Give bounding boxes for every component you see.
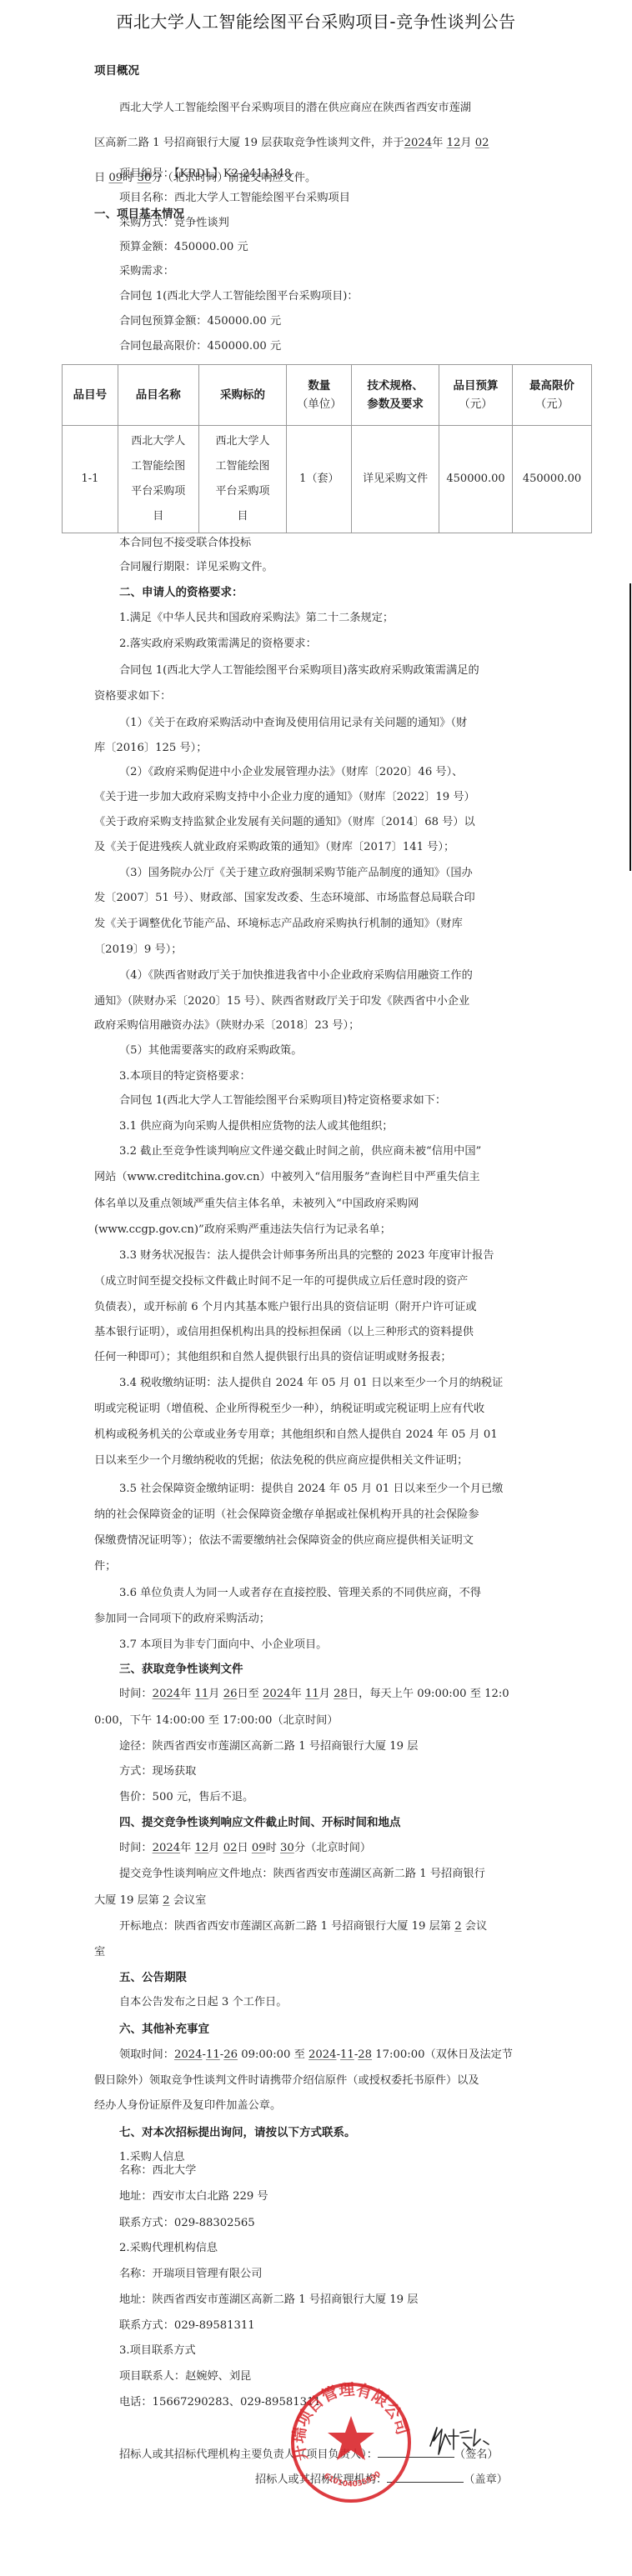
page-title: 西北大学人工智能绘图平台采购项目-竞争性谈判公告 <box>0 8 632 33</box>
req-text: 合同包 1(西北大学人工智能绘图平台采购项目)落实政府采购政策需满足的 <box>119 663 479 678</box>
req-text: 通知》（陕财办采〔2020〕15 号）、陕西省财政厅关于印发《陕西省中小企业 <box>94 994 469 1009</box>
req-text: 基本银行证明），或信用担保机构出具的投标担保函（以上三种形式的资料提供 <box>94 1325 474 1340</box>
agency-name: 名称：开瑞项目管理有限公司 <box>119 2267 262 2282</box>
section7-heading: 七、对本次招标提出询问，请按以下方式联系。 <box>119 2125 356 2140</box>
req-text: 《关于政府采购支持监狱企业发展有关问题的通知》（财库〔2014〕68 号）以 <box>94 815 475 830</box>
cell-quantity: 1（套） <box>287 426 352 533</box>
handwritten-signature-icon <box>425 2421 492 2458</box>
header-quantity: 数量（单位） <box>287 365 352 426</box>
purchaser-phone: 联系方式：029-88302565 <box>119 2216 255 2231</box>
table-header-row: 品目号 品目名称 采购标的 数量（单位） 技术规格、参数及要求 品目预算（元） … <box>63 365 592 426</box>
no-consortium-note: 本合同包不接受联合体投标 <box>119 536 251 551</box>
req-text: （成立时间至提交投标文件截止时间不足一年的可提供成立后任意时段的资产 <box>94 1274 468 1289</box>
open-place-line-1: 开标地点：陕西省西安市莲湖区高新二路 1 号招商银行大厦 19 层第 2 会议 <box>119 1919 487 1934</box>
submit-time: 时间：2024年 12月 02日 09时 30分（北京时间） <box>119 1841 371 1856</box>
agency-title: 2.采购代理机构信息 <box>119 2241 218 2256</box>
budget-amount: 预算金额：450000.00 元 <box>119 240 248 255</box>
items-table: 品目号 品目名称 采购标的 数量（单位） 技术规格、参数及要求 品目预算（元） … <box>62 364 592 533</box>
overview-line-2: 区高新二路 1 号招商银行大厦 19 层获取竞争性谈判文件，并于2024年 12… <box>94 136 489 151</box>
overview-line-1: 西北大学人工智能绘图平台采购项目的潜在供应商应在陕西省西安市莲湖 <box>119 101 471 116</box>
req-text: 政府采购信用融资办法》（陕财办采〔2018〕23 号）； <box>94 1018 359 1033</box>
agency-phone: 联系方式：029-89581311 <box>119 2318 255 2333</box>
company-seal-icon: 开瑞项目管理有限公司 6101040359301 <box>289 2381 413 2504</box>
contract-package: 合同包 1(西北大学人工智能绘图平台采购项目)： <box>119 289 359 304</box>
purchaser-address: 地址：西安市太白北路 229 号 <box>119 2189 268 2204</box>
header-max-price: 最高限价（元） <box>513 365 592 426</box>
cell-item-name: 西北大学人 工智能绘图 平台采购项 目 <box>118 426 198 533</box>
req-text: （4）《陕西省财政厅关于加快推进我省中小企业政府采购信用融资工作的 <box>119 968 473 983</box>
notice-period: 自本公告发布之日起 3 个工作日。 <box>119 1995 287 2010</box>
project-number: 项目编号：【KRDL】K2-2411348 <box>119 167 291 182</box>
section3-heading: 三、获取竞争性谈判文件 <box>119 1662 243 1677</box>
purchaser-name: 名称：西北大学 <box>119 2163 196 2178</box>
header-spec: 技术规格、参数及要求 <box>352 365 439 426</box>
req-text: 合同包 1(西北大学人工智能绘图平台采购项目)特定资格要求如下： <box>119 1093 446 1108</box>
document-page: 西北大学人工智能绘图平台采购项目-竞争性谈判公告 项目概况 西北大学人工智能绘图… <box>0 0 632 2576</box>
req-text: 资格要求如下： <box>94 689 171 704</box>
cell-target: 西北大学人 工智能绘图 平台采购项 目 <box>198 426 287 533</box>
req-text: 日以来至少一个月缴纳税收的凭据；依法免税的供应商应提供相关文件证明； <box>94 1453 468 1468</box>
header-budget: 品目预算（元） <box>439 365 513 426</box>
req-text: 〔2019〕9 号）； <box>94 943 182 958</box>
req-1: 1.满足《中华人民共和国政府采购法》第二十二条规定； <box>119 611 394 626</box>
obtain-time-line-1: 时间：2024年 11月 26日至 2024年 11月 28日，每天上午 09:… <box>119 1687 509 1702</box>
table-row: 1-1 西北大学人 工智能绘图 平台采购项 目 西北大学人 工智能绘图 平台采购… <box>63 426 592 533</box>
overview-heading: 项目概况 <box>94 63 139 78</box>
req-text: 纳的社会保障资金的证明（社会保障资金缴存单据或社保机构开具的社会保险参 <box>94 1508 479 1523</box>
req-text: 保缴费情况证明等）；依法不需要缴纳社会保障资金的供应商应提供相关证明文 <box>94 1533 474 1548</box>
req-text: 体名单以及重点领域严重失信主体名单，未被列入“中国政府采购网 <box>94 1197 419 1212</box>
req-text: （5）其他需要落实的政府采购政策。 <box>119 1043 302 1058</box>
req-text: 发〔2007〕51 号）、财政部、国家发改委、生态环境部、市场监督总局联合印 <box>94 891 475 906</box>
req-text: 3.6 单位负责人为同一人或者存在直接控股、管理关系的不同供应商，不得 <box>119 1586 481 1601</box>
header-target: 采购标的 <box>198 365 287 426</box>
req-text: 及《关于促进残疾人就业政府采购政策的通知》（财库〔2017〕141 号）； <box>94 840 454 855</box>
section2-heading: 二、申请人的资格要求： <box>119 585 243 600</box>
section5-heading: 五、公告期限 <box>119 1970 187 1985</box>
req-text: 《关于进一步加大政府采购支持中小企业力度的通知》（财库〔2022〕19 号） <box>94 790 475 805</box>
req-text: 3.1 供应商为向采购人提供相应货物的法人或其他组织； <box>119 1119 393 1134</box>
req-text: 3.7 本项目为非专门面向中、小企业项目。 <box>119 1638 327 1653</box>
req-text: 3.本项目的特定资格要求： <box>119 1069 251 1084</box>
open-place-line-2: 室 <box>94 1945 105 1960</box>
req-text: （2）《政府采购促进中小企业发展管理办法》（财库〔2020〕46 号）、 <box>119 765 463 780</box>
contact-title: 3.项目联系方式 <box>119 2343 196 2358</box>
req-text: 件； <box>94 1559 116 1574</box>
req-text: (www.ccgp.gov.cn)”政府采购严重违法失信行为记录名单； <box>94 1223 391 1238</box>
req-text: 3.2 截止至竞争性谈判响应文件递交截止时间之前，供应商未被“信用中国” <box>119 1144 481 1159</box>
procurement-method: 采购方式：竞争性谈判 <box>119 216 229 231</box>
header-item-name: 品目名称 <box>118 365 198 426</box>
req-text: （1）《关于在政府采购活动中查询及使用信用记录有关问题的通知》（财 <box>119 716 467 731</box>
req-text: 3.5 社会保障资金缴纳证明：提供自 2024 年 05 月 01 日以来至少一… <box>119 1482 503 1497</box>
req-text: 负债表），或开标前 6 个月内其基本账户银行出具的资信证明（附开户许可证或 <box>94 1300 477 1315</box>
req-text: 任何一种即可）；其他组织和自然人提供银行出具的资信证明或财务报表； <box>94 1350 452 1365</box>
package-budget: 合同包预算金额：450000.00 元 <box>119 314 281 329</box>
submit-place-line-1: 提交竞争性谈判响应文件地点：陕西省西安市莲湖区高新二路 1 号招商银行 <box>119 1867 485 1882</box>
contract-term: 合同履行期限：详见采购文件。 <box>119 560 273 575</box>
req-text: 参加同一合同项下的政府采购活动； <box>94 1612 270 1627</box>
agency-address: 地址：陕西省西安市莲湖区高新二路 1 号招商银行大厦 19 层 <box>119 2293 418 2308</box>
req-text: （3）国务院办公厅《关于建立政府强制采购节能产品制度的通知》（国办 <box>119 866 473 881</box>
obtain-mode: 方式：现场获取 <box>119 1764 196 1779</box>
collect-time-line-1: 领取时间：2024-11-26 09:00:00 至 2024-11-28 17… <box>119 2048 513 2063</box>
submit-place-line-2: 大厦 19 层第 2 会议室 <box>94 1893 206 1908</box>
cell-item-no: 1-1 <box>63 426 118 533</box>
contact-person: 项目联系人：赵婉婷、刘昆 <box>119 2369 251 2384</box>
cell-spec: 详见采购文件 <box>352 426 439 533</box>
req-text: 明或完税证明（增值税、企业所得税至少一种），纳税证明或完税证明上应有代收 <box>94 1402 484 1417</box>
collect-time-line-2: 假日除外）领取竞争性谈判文件时请携带介绍信原件（或授权委托书原件）以及 <box>94 2073 479 2088</box>
section6-heading: 六、其他补充事宜 <box>119 2022 209 2037</box>
req-text: 库〔2016〕125 号）； <box>94 741 207 756</box>
req-2: 2.落实政府采购政策需满足的资格要求： <box>119 637 317 652</box>
cell-max-price: 450000.00 <box>513 426 592 533</box>
obtain-route: 途径：陕西省西安市莲湖区高新二路 1 号招商银行大厦 19 层 <box>119 1739 418 1754</box>
procurement-needs: 采购需求： <box>119 264 174 279</box>
document-price: 售价：500 元，售后不退。 <box>119 1790 253 1805</box>
req-text: 网站（www.creditchina.gov.cn）中被列入“信用服务”查询栏目… <box>94 1170 480 1185</box>
header-item-no: 品目号 <box>63 365 118 426</box>
section4-heading: 四、提交竞争性谈判响应文件截止时间、开标时间和地点 <box>119 1815 401 1830</box>
req-text: 机构或税务机关的公章或业务专用章；其他组织和自然人提供自 2024 年 05 月… <box>94 1428 498 1443</box>
package-max-price: 合同包最高限价：450000.00 元 <box>119 339 281 354</box>
project-name: 项目名称：西北大学人工智能绘图平台采购项目 <box>119 191 350 206</box>
req-text: 3.4 税收缴纳证明：法人提供自 2024 年 05 月 01 日以来至少一个月… <box>119 1376 503 1391</box>
page-edge-line <box>629 583 631 871</box>
req-text: 发《关于调整优化节能产品、环境标志产品政府采购执行机制的通知》（财库 <box>94 917 463 932</box>
cell-budget: 450000.00 <box>439 426 513 533</box>
collect-time-line-3: 经办人身份证原件及复印件加盖公章。 <box>94 2098 281 2113</box>
obtain-time-line-2: 0:00，下午 14:00:00 至 17:00:00（北京时间） <box>94 1713 339 1728</box>
req-text: 3.3 财务状况报告：法人提供会计师事务所出具的完整的 2023 年度审计报告 <box>119 1248 494 1263</box>
